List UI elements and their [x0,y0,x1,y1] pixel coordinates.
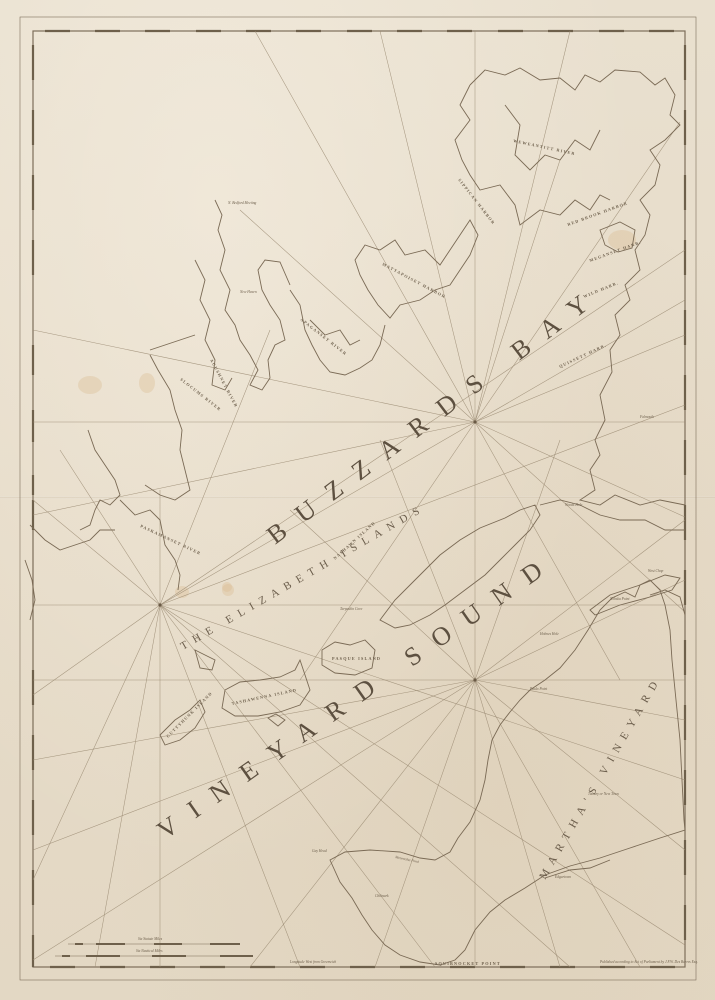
statute-miles-label: Six Statute Miles [138,937,163,941]
west-chop-label: West Chop [648,569,664,573]
holmes-hole-label: Holmes Hole [539,632,559,636]
nobska-point-label: Nobska Point [609,597,630,601]
nashawena-island-label: TASHAWENNA ISLAND [231,687,297,706]
nautical-chart: BUZZARDS BAY VINEYARD SOUND THE ELIZABET… [0,0,715,1000]
map-border [20,17,696,980]
longitude-note-label: Longitude West from Greenwich [289,960,336,964]
paulo-point-label: Paulo Point [529,687,548,691]
tisbury-label: Tisbury or New Town [588,792,619,796]
map-notes: Six Statute Miles Six Nautical Miles Lon… [136,937,698,964]
tarpaulin-cove-label: Tarpaulin Cove [340,607,363,611]
paskamanset-river-label: PASKAMANSET RIVER [140,523,203,556]
rhumb-lines [33,31,685,967]
woods-hole-label: Woods Hole [565,503,583,507]
nautical-miles-label: Six Nautical Miles [136,949,163,953]
marthas-vineyard-label: MARTHA'S VINEYARD [537,674,664,882]
weweantic-river-label: WEWEANTITT RIVER [513,138,576,156]
imprint-label: Published according to Act of Parliament… [599,960,698,964]
mattapoisett-harbor-label: MATTAPOISET HARBOR [382,261,447,299]
pasque-island-label: PASQUE ISLAND [332,656,381,661]
quissett-harb-label: QUISSETT HARB. [558,342,607,368]
gay-head-label: Gay Head [312,849,327,853]
squibnocket-point-label: SQUIBNOCKET POINT [435,961,501,966]
new-bedford-label: N. Bedford Meeting [227,201,257,205]
red-brook-harbor-label: RED BROOK HARBOR [567,200,629,227]
edgartown-label: Edgartown [554,875,571,879]
chilmark-label: Chilmark [375,894,389,898]
place-labels: N. Bedford Meeting New Haven MATTAPOISET… [140,138,664,966]
apaganset-river-label: APAGANSET RIVER [299,317,348,357]
vineyard-sound-label: VINEYARD SOUND [152,545,563,845]
new-haven-label: New Haven [239,290,257,294]
buzzards-bay-label: BUZZARDS BAY [261,279,608,550]
slocums-river-label: SLOCUMS RIVER [179,377,222,412]
coastlines [25,68,685,965]
falmouth-label: Falmouth [639,415,654,419]
